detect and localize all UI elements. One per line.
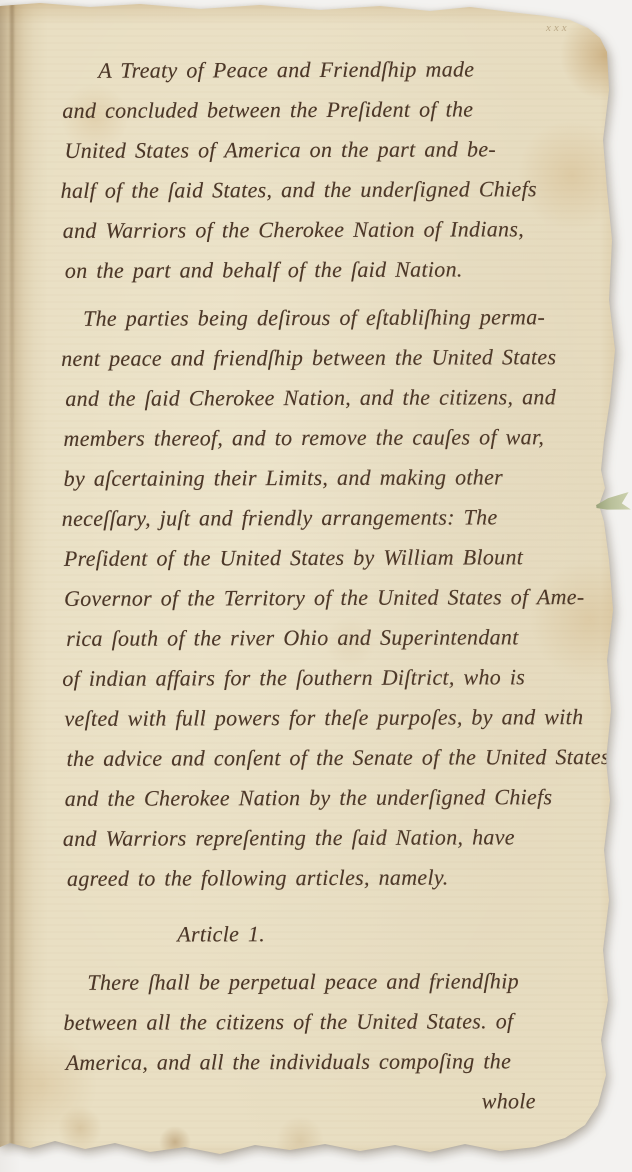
manuscript-line: and the Cherokee Nation by the underſign… <box>65 777 593 819</box>
manuscript-line: and Warriors repreſenting the ſaid Natio… <box>63 817 591 859</box>
manuscript-line: Preſident of the United States by Willia… <box>64 537 592 579</box>
manuscript-line: The parties being deſirous of eſtabliſhi… <box>83 297 591 339</box>
manuscript-line: rica ſouth of the river Ohio and Superin… <box>66 617 594 659</box>
manuscript-text: A Treaty of Peace and Friendſhip made an… <box>0 49 632 1123</box>
manuscript-line: half of the ſaid States, and the underſi… <box>61 169 589 211</box>
manuscript-line: of indian affairs for the ſouthern Diſtr… <box>62 657 590 699</box>
paper-shadow-wrap: xxx A Treaty of Peace and Friendſhip mad… <box>0 0 632 1172</box>
manuscript-line: by aſcertaining their Limits, and making… <box>64 457 592 499</box>
manuscript-line: and the ſaid Cherokee Nation, and the ci… <box>65 377 593 419</box>
manuscript-line: agreed to the following articles, namely… <box>67 857 595 899</box>
manuscript-line: Governor of the Territory of the United … <box>64 577 592 619</box>
catchword: whole <box>66 1081 536 1123</box>
manuscript-line: between all the citizens of the United S… <box>63 1001 591 1043</box>
scan-background: xxx A Treaty of Peace and Friendſhip mad… <box>0 0 632 1172</box>
manuscript-line: nent peace and friendſhip between the Un… <box>61 337 589 379</box>
manuscript-line: and concluded between the Preſident of t… <box>62 89 590 131</box>
manuscript-line: neceſſary, juſt and friendly arrangement… <box>62 497 590 539</box>
manuscript-line: the advice and conſent of the Senate of … <box>67 737 595 779</box>
manuscript-line: members thereof, and to remove the cauſe… <box>63 417 591 459</box>
manuscript-line: United States of America on the part and… <box>64 129 592 171</box>
manuscript-page: xxx A Treaty of Peace and Friendſhip mad… <box>0 0 632 1172</box>
manuscript-line: America, and all the individuals compoſi… <box>66 1041 594 1083</box>
manuscript-line: and Warriors of the Cherokee Nation of I… <box>63 209 591 251</box>
faint-page-number: xxx <box>546 22 570 34</box>
manuscript-line: A Treaty of Peace and Friendſhip made <box>98 49 590 91</box>
manuscript-line: on the part and behalf of the ſaid Natio… <box>65 249 593 291</box>
manuscript-line: veſted with full powers for theſe purpoſ… <box>64 697 592 739</box>
manuscript-line: There ſhall be perpetual peace and frien… <box>87 961 593 1003</box>
article-1-heading: Article 1. <box>177 913 593 954</box>
